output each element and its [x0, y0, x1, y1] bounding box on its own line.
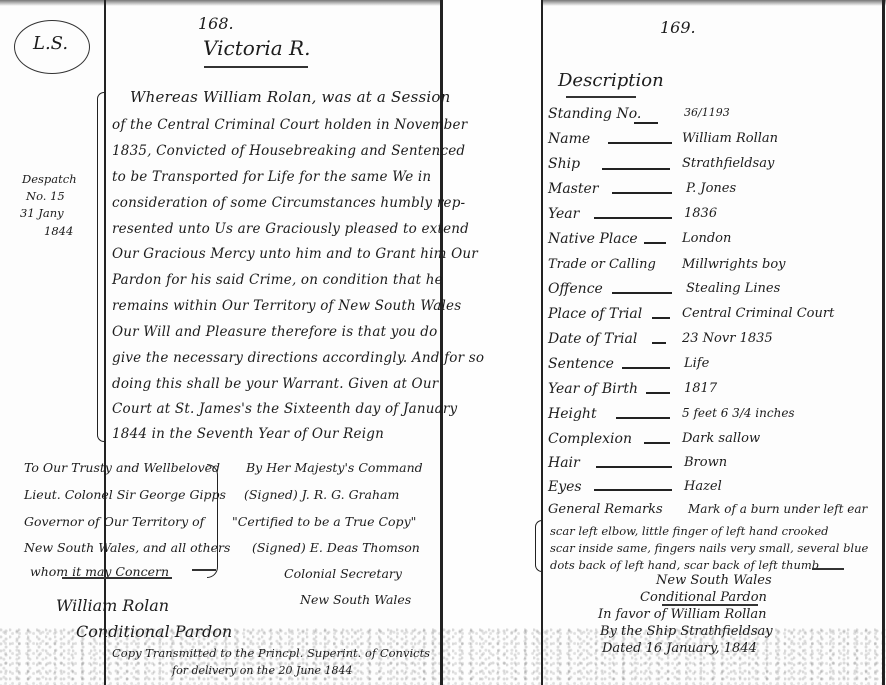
endorsement-colony: New South Wales [656, 573, 772, 588]
addressee-underline [62, 577, 172, 579]
right-margin-rule [541, 0, 543, 685]
endorsement-ship: By the Ship Strathfieldsay [600, 624, 773, 639]
footer-note: for delivery on the 20 June 1844 [172, 664, 353, 677]
field-label: Name [548, 131, 590, 147]
field-dash [622, 367, 670, 369]
field-label: Place of Trial [548, 306, 642, 322]
remarks-dash [812, 568, 844, 570]
scan-noise [443, 625, 541, 685]
endorsement-type: Conditional Pardon [640, 590, 767, 605]
body-line: Our Gracious Mercy unto him and to Grant… [112, 246, 478, 262]
field-label: Native Place [548, 231, 638, 247]
addressee-line: Governor of Our Territory of [24, 514, 204, 529]
document-title: Victoria R. [203, 36, 310, 60]
field-dash [594, 217, 672, 219]
signature-line: New South Wales [300, 592, 411, 607]
field-dash [608, 142, 672, 144]
field-dash [644, 242, 666, 244]
field-label: Ship [548, 156, 580, 172]
signature-line: Colonial Secretary [284, 566, 402, 581]
field-dash [612, 292, 672, 294]
remarks-line: scar left elbow, little finger of left h… [550, 524, 829, 538]
field-value: William Rollan [682, 131, 778, 146]
field-label: Year of Birth [548, 381, 638, 397]
stamp-initials: L.S. [33, 33, 68, 54]
endorsement-dated: Dated 16 January, 1844 [602, 641, 757, 656]
field-dash [652, 317, 670, 319]
body-bracket [97, 92, 104, 442]
margin-note-line: 1844 [44, 224, 73, 238]
addressee-brace [207, 464, 218, 578]
scan-shadow [0, 0, 443, 6]
margin-note-line: No. 15 [26, 189, 65, 203]
signature-line: (Signed) E. Deas Thomson [252, 540, 420, 555]
description-heading: Description [558, 70, 664, 91]
field-dash [602, 168, 670, 170]
heading-underline [566, 96, 636, 98]
field-value: Millwrights boy [682, 257, 786, 272]
remarks-brace [535, 520, 542, 572]
body-line: Pardon for his said Crime, on condition … [112, 272, 443, 288]
footer-name: William Rolan [56, 596, 169, 615]
page-number-left: 168. [198, 14, 234, 33]
footer-subject: Conditional Pardon [76, 622, 232, 641]
field-dash [644, 442, 670, 444]
field-value: Stealing Lines [686, 281, 780, 296]
footer-note: Copy Transmitted to the Princpl. Superin… [112, 646, 430, 660]
field-value: 5 feet 6 3/4 inches [682, 406, 795, 420]
remarks-line: scar inside same, fingers nails very sma… [550, 541, 868, 555]
field-label: Hair [548, 455, 580, 471]
field-value: Mark of a burn under left ear [688, 502, 867, 516]
endorsement-underline [662, 604, 758, 606]
field-label: Offence [548, 281, 603, 297]
signature-line: By Her Majesty's Command [246, 460, 423, 475]
field-value: 1817 [684, 381, 717, 396]
body-line: consideration of some Circumstances humb… [112, 195, 465, 211]
field-dash [646, 392, 670, 394]
field-value: 36/1193 [684, 106, 730, 119]
signature-line: (Signed) J. R. G. Graham [244, 487, 399, 502]
field-value: Brown [684, 455, 727, 470]
field-label: General Remarks [548, 502, 663, 517]
field-label: Sentence [548, 356, 614, 372]
endorsement-in-favor: In favor of William Rollan [598, 607, 767, 622]
body-line: of the Central Criminal Court holden in … [112, 117, 467, 133]
field-label: Complexion [548, 431, 632, 447]
field-value: Hazel [684, 479, 722, 494]
field-value: Dark sallow [682, 431, 760, 446]
field-label: Year [548, 206, 579, 222]
field-dash [616, 417, 670, 419]
field-value: P. Jones [686, 181, 736, 196]
field-dash [596, 466, 672, 468]
field-value: London [682, 231, 731, 246]
body-line: to be Transported for Life for the same … [112, 169, 431, 185]
field-label: Height [548, 406, 597, 422]
scan-shadow [541, 0, 886, 6]
body-line: remains within Our Territory of New Sout… [112, 298, 461, 314]
field-dash [612, 192, 672, 194]
field-dash [652, 342, 666, 344]
signature-line: "Certified to be a True Copy" [232, 514, 416, 529]
field-label: Eyes [548, 479, 582, 495]
field-label: Standing No. [548, 106, 641, 122]
margin-note-line: 31 Jany [20, 206, 64, 220]
margin-note-line: Despatch [22, 172, 77, 186]
addressee-line: New South Wales, and all others [24, 540, 230, 555]
field-dash [634, 122, 658, 124]
field-value: Life [684, 356, 709, 371]
body-line: resented unto Us are Graciously pleased … [112, 221, 469, 237]
left-margin-rule [104, 0, 106, 685]
field-label: Trade or Calling [548, 257, 656, 272]
right-page-edge [882, 0, 885, 685]
body-line: 1835, Convicted of Housebreaking and Sen… [112, 143, 465, 159]
body-line: 1844 in the Seventh Year of Our Reign [112, 426, 384, 442]
body-line: doing this shall be your Warrant. Given … [112, 376, 438, 392]
remarks-line: dots back of left hand, scar back of lef… [550, 558, 819, 572]
field-value: 1836 [684, 206, 717, 221]
addressee-line: To Our Trusty and Wellbeloved [24, 460, 220, 475]
field-dash [594, 489, 672, 491]
body-line: Court at St. James's the Sixteenth day o… [112, 401, 457, 417]
page-gutter [443, 0, 541, 685]
field-label: Date of Trial [548, 331, 637, 347]
field-value: Central Criminal Court [682, 306, 834, 321]
body-line: Our Will and Pleasure therefore is that … [112, 324, 437, 340]
body-line: give the necessary directions accordingl… [112, 350, 484, 366]
field-value: Strathfieldsay [682, 156, 774, 171]
field-label: Master [548, 181, 598, 197]
addressee-line: Lieut. Colonel Sir George Gipps [24, 487, 226, 502]
page-number-right: 169. [660, 18, 696, 37]
body-line: Whereas William Rolan, was at a Session [130, 88, 451, 106]
field-value: 23 Novr 1835 [682, 331, 773, 346]
title-underline [204, 66, 308, 68]
